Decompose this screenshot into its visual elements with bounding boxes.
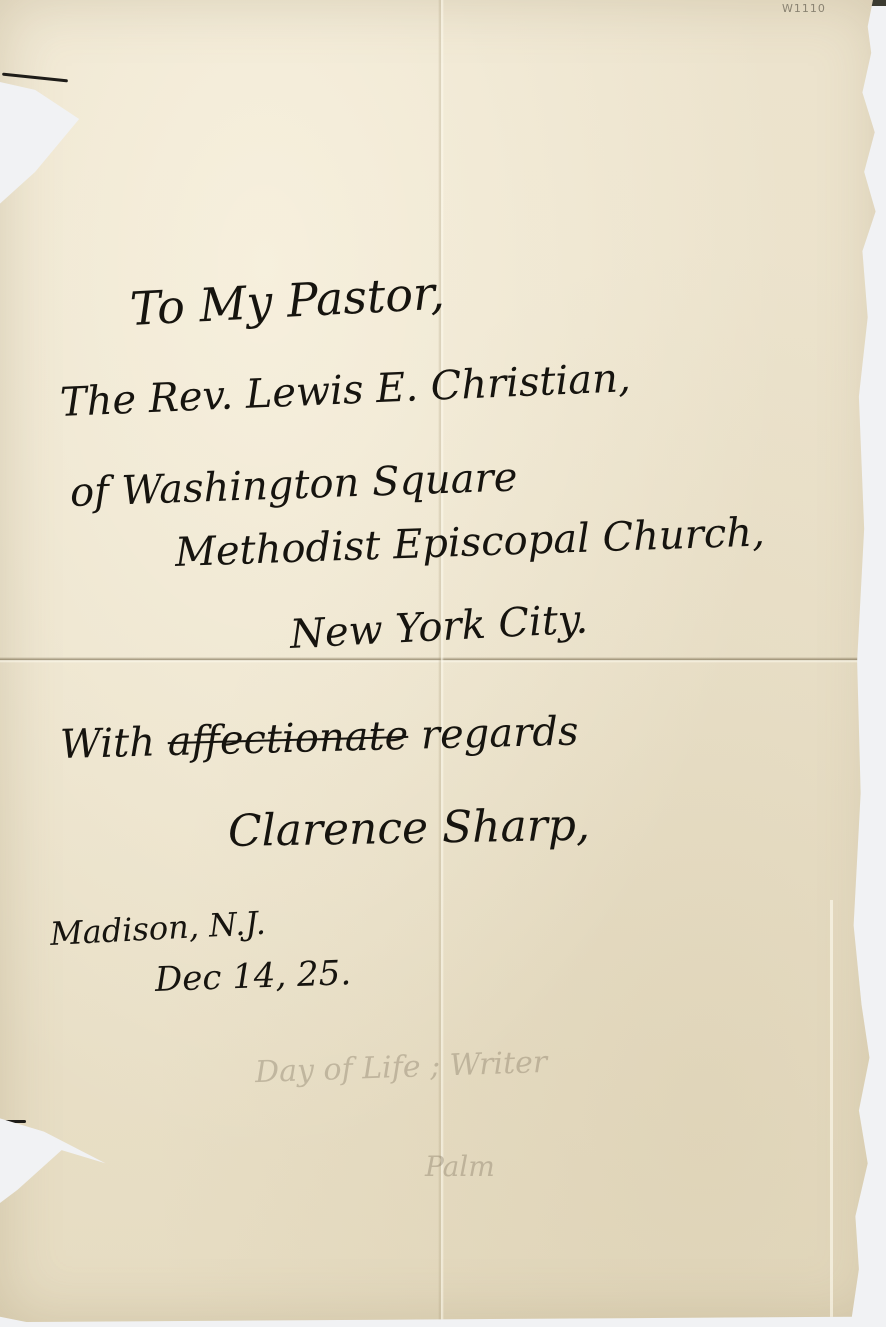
closing-word-regards: regards: [408, 708, 579, 758]
faint-pencil-note: Palm: [425, 1150, 495, 1183]
edge-crease: [830, 900, 833, 1320]
letter-paper: W1110 To My Pastor, The Rev. Lewis E. Ch…: [0, 0, 880, 1322]
scanned-document: W1110 To My Pastor, The Rev. Lewis E. Ch…: [0, 0, 886, 1327]
closing-word-affectionate: affectionate: [167, 713, 409, 765]
closing-line: With affectionate regards: [59, 708, 579, 768]
signature: Clarence Sharp,: [228, 800, 591, 857]
church-denomination: Methodist: [174, 523, 381, 576]
church-line-1: of Washington Square: [69, 454, 518, 516]
salutation: To My Pastor,: [129, 266, 446, 336]
torn-edge-shadow: [2, 73, 68, 83]
church-line-2: Methodist Episcopal Church,: [174, 509, 765, 576]
date-line: Dec 14, 25.: [154, 953, 351, 1000]
faint-pencil-note: Day of Life ; Writer: [254, 1045, 547, 1090]
vertical-fold-line: [438, 0, 444, 1320]
place-line: Madison, N.J.: [49, 904, 267, 953]
closing-word-with: With: [59, 720, 155, 768]
archive-number: W1110: [782, 2, 826, 15]
recipient-name: The Rev. Lewis E. Christian,: [59, 355, 632, 426]
torn-edge-shadow: [2, 1120, 26, 1123]
city-line: New York City.: [289, 596, 589, 658]
